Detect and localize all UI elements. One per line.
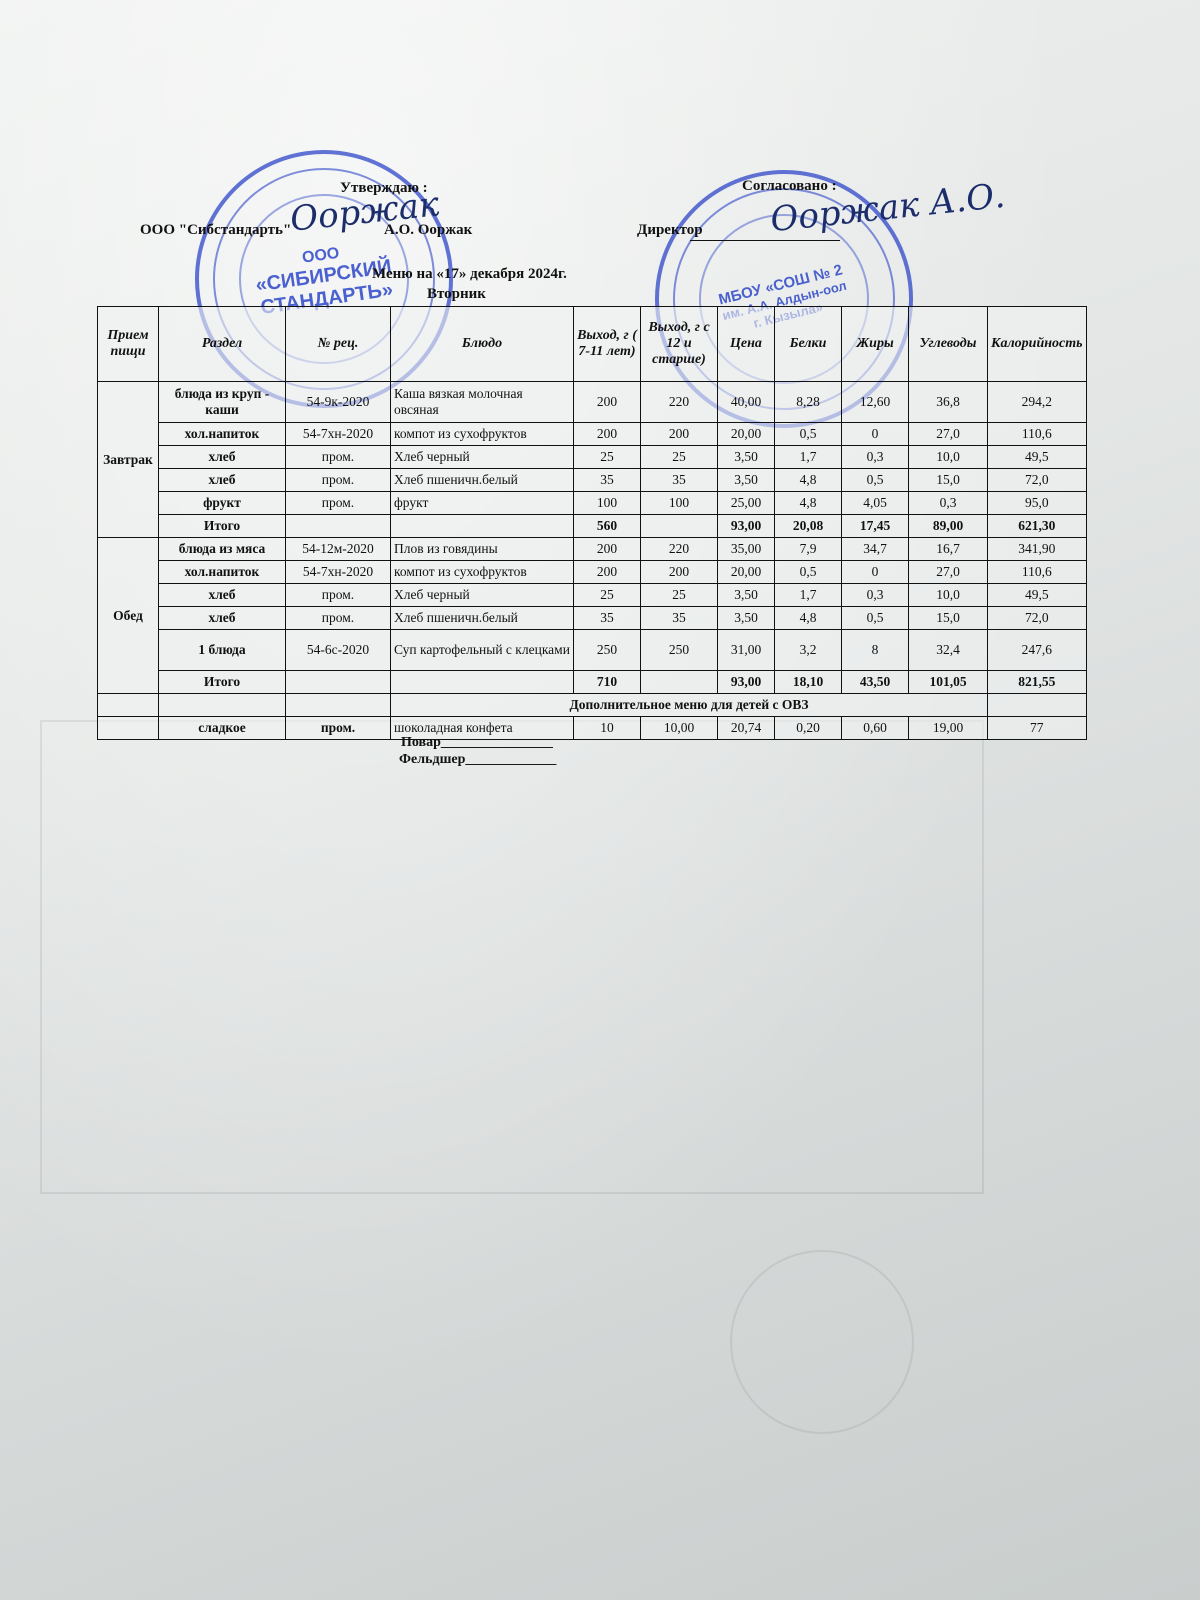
total-price-cell: 93,00 [718,671,775,694]
total-kcal-cell: 821,55 [988,671,1087,694]
out2-cell: 100 [641,492,718,515]
table-row: сладкоепром.шоколадная конфета1010,0020,… [98,717,1087,740]
carbs-cell: 15,0 [909,607,988,630]
out1-cell: 35 [574,469,641,492]
section-cell: хол.напиток [159,423,286,446]
empty-cell [391,671,574,694]
recipe-cell: 54-9к-2020 [286,382,391,423]
empty-cell [286,671,391,694]
out1-cell: 200 [574,561,641,584]
total-price-cell: 93,00 [718,515,775,538]
total-protein-cell: 18,10 [775,671,842,694]
table-row: Завтракблюда из круп - каши54-9к-2020Каш… [98,382,1087,423]
empty-cell [159,694,286,717]
out2-cell: 35 [641,607,718,630]
kcal-cell: 77 [988,717,1087,740]
fat-cell: 34,7 [842,538,909,561]
recipe-cell: пром. [286,446,391,469]
section-cell: блюда из мяса [159,538,286,561]
price-cell: 25,00 [718,492,775,515]
table-row: хол.напиток54-7хн-2020компот из сухофрук… [98,561,1087,584]
section-cell: хлеб [159,607,286,630]
cook-signature-line: Повар________________ [401,735,553,751]
out1-cell: 200 [574,538,641,561]
meal-name-cell: Завтрак [98,382,159,538]
section-cell: сладкое [159,717,286,740]
col-fat: Жиры [842,307,909,382]
recipe-cell: 54-12м-2020 [286,538,391,561]
medic-signature-line: Фельдшер_____________ [399,752,556,768]
out1-cell: 200 [574,382,641,423]
protein-cell: 1,7 [775,446,842,469]
total-out2-cell [641,515,718,538]
recipe-cell: пром. [286,717,391,740]
out1-cell: 100 [574,492,641,515]
recipe-cell: 54-7хн-2020 [286,423,391,446]
carbs-cell: 27,0 [909,423,988,446]
out2-cell: 10,00 [641,717,718,740]
protein-cell: 7,9 [775,538,842,561]
total-protein-cell: 20,08 [775,515,842,538]
dish-cell: Каша вязкая молочная овсяная [391,382,574,423]
total-label-cell: Итого [159,515,286,538]
section-cell: блюда из круп - каши [159,382,286,423]
bleed-through-circle [730,1250,914,1434]
stamp-line: ООО [301,245,340,268]
section-cell: фрукт [159,492,286,515]
total-row: Итого71093,0018,1043,50101,05821,55 [98,671,1087,694]
table-row: хлебпром.Хлеб черный25253,501,70,310,049… [98,584,1087,607]
dish-cell: Плов из говядины [391,538,574,561]
price-cell: 40,00 [718,382,775,423]
protein-cell: 0,5 [775,561,842,584]
protein-cell: 3,2 [775,630,842,671]
col-output-12plus: Выход, г с 12 и старше) [641,307,718,382]
total-fat-cell: 17,45 [842,515,909,538]
total-row: Итого56093,0020,0817,4589,00621,30 [98,515,1087,538]
total-label-cell: Итого [159,671,286,694]
protein-cell: 8,28 [775,382,842,423]
total-fat-cell: 43,50 [842,671,909,694]
total-carbs-cell: 89,00 [909,515,988,538]
col-section: Раздел [159,307,286,382]
kcal-cell: 294,2 [988,382,1087,423]
empty-cell [286,694,391,717]
dish-cell: фрукт [391,492,574,515]
protein-cell: 4,8 [775,492,842,515]
extra-menu-title-row: Дополнительное меню для детей с ОВЗ [98,694,1087,717]
out2-cell: 250 [641,630,718,671]
out2-cell: 220 [641,382,718,423]
table-row: хлебпром.Хлеб пшеничн.белый35353,504,80,… [98,607,1087,630]
protein-cell: 4,8 [775,469,842,492]
col-price: Цена [718,307,775,382]
kcal-cell: 110,6 [988,561,1087,584]
table-row: 1 блюда54-6с-2020Суп картофельный с клец… [98,630,1087,671]
out1-cell: 200 [574,423,641,446]
empty-cell [391,515,574,538]
out2-cell: 35 [641,469,718,492]
table-row: Обедблюда из мяса54-12м-2020Плов из говя… [98,538,1087,561]
recipe-cell: пром. [286,469,391,492]
price-cell: 3,50 [718,446,775,469]
kcal-cell: 72,0 [988,607,1087,630]
recipe-cell: пром. [286,607,391,630]
price-cell: 35,00 [718,538,775,561]
fat-cell: 0,60 [842,717,909,740]
carbs-cell: 10,0 [909,584,988,607]
carbs-cell: 36,8 [909,382,988,423]
section-cell: хол.напиток [159,561,286,584]
director-signature-line [690,240,840,241]
total-carbs-cell: 101,05 [909,671,988,694]
price-cell: 3,50 [718,584,775,607]
recipe-cell: пром. [286,584,391,607]
kcal-cell: 341,90 [988,538,1087,561]
out1-cell: 25 [574,584,641,607]
stamp-line: МБОУ «СОШ № 2 [717,261,844,308]
price-cell: 20,00 [718,423,775,446]
col-carbs: Углеводы [909,307,988,382]
table-row: фруктпром.фрукт10010025,004,84,050,395,0 [98,492,1087,515]
recipe-cell: 54-6с-2020 [286,630,391,671]
recipe-cell: пром. [286,492,391,515]
carbs-cell: 32,4 [909,630,988,671]
out2-cell: 220 [641,538,718,561]
dish-cell: Хлеб черный [391,584,574,607]
dish-cell: Хлеб черный [391,446,574,469]
bleed-through-table [40,720,984,1194]
total-out2-cell [641,671,718,694]
carbs-cell: 0,3 [909,492,988,515]
kcal-cell: 49,5 [988,584,1087,607]
price-cell: 20,00 [718,561,775,584]
price-cell: 31,00 [718,630,775,671]
section-cell: 1 блюда [159,630,286,671]
protein-cell: 1,7 [775,584,842,607]
company-name: ООО "Сибстандарть" [140,222,291,239]
fat-cell: 0,3 [842,446,909,469]
director-label: Директор [637,222,703,239]
carbs-cell: 19,00 [909,717,988,740]
fat-cell: 0,5 [842,469,909,492]
section-cell: хлеб [159,469,286,492]
out2-cell: 200 [641,561,718,584]
meal-name-cell: Обед [98,538,159,694]
total-out1-cell: 560 [574,515,641,538]
empty-cell [98,717,159,740]
carbs-cell: 15,0 [909,469,988,492]
out1-cell: 250 [574,630,641,671]
kcal-cell: 110,6 [988,423,1087,446]
carbs-cell: 10,0 [909,446,988,469]
dish-cell: компот из сухофруктов [391,423,574,446]
empty-cell [286,515,391,538]
kcal-cell: 247,6 [988,630,1087,671]
agree-label: Согласовано : [742,178,837,195]
price-cell: 20,74 [718,717,775,740]
col-output-7-11: Выход, г ( 7-11 лет) [574,307,641,382]
dish-cell: Суп картофельный с клецками [391,630,574,671]
dish-cell: Хлеб пшеничн.белый [391,469,574,492]
carbs-cell: 16,7 [909,538,988,561]
protein-cell: 4,8 [775,607,842,630]
fat-cell: 0,3 [842,584,909,607]
weekday: Вторник [427,286,486,303]
kcal-cell: 72,0 [988,469,1087,492]
fat-cell: 0 [842,423,909,446]
price-cell: 3,50 [718,469,775,492]
empty-cell [98,694,159,717]
protein-cell: 0,20 [775,717,842,740]
col-dish: Блюдо [391,307,574,382]
extra-menu-title: Дополнительное меню для детей с ОВЗ [391,694,988,717]
total-kcal-cell: 621,30 [988,515,1087,538]
out2-cell: 25 [641,446,718,469]
protein-cell: 0,5 [775,423,842,446]
out2-cell: 25 [641,584,718,607]
kcal-cell: 95,0 [988,492,1087,515]
carbs-cell: 27,0 [909,561,988,584]
col-recipe: № рец. [286,307,391,382]
dish-cell: компот из сухофруктов [391,561,574,584]
out1-cell: 35 [574,607,641,630]
out1-cell: 25 [574,446,641,469]
price-cell: 3,50 [718,607,775,630]
fat-cell: 0 [842,561,909,584]
fat-cell: 0,5 [842,607,909,630]
col-protein: Белки [775,307,842,382]
menu-table: Прием пищи Раздел № рец. Блюдо Выход, г … [97,306,1087,740]
col-kcal: Калорийность [988,307,1087,382]
fat-cell: 12,60 [842,382,909,423]
section-cell: хлеб [159,446,286,469]
recipe-cell: 54-7хн-2020 [286,561,391,584]
menu-title: Меню на «17» декабря 2024г. [372,266,567,283]
kcal-cell: 49,5 [988,446,1087,469]
table-row: хлебпром.Хлеб черный25253,501,70,310,049… [98,446,1087,469]
table-row: хол.напиток54-7хн-2020компот из сухофрук… [98,423,1087,446]
out2-cell: 200 [641,423,718,446]
dish-cell: Хлеб пшеничн.белый [391,607,574,630]
col-meal: Прием пищи [98,307,159,382]
empty-cell [988,694,1087,717]
table-header-row: Прием пищи Раздел № рец. Блюдо Выход, г … [98,307,1087,382]
menu-table-body: Завтракблюда из круп - каши54-9к-2020Каш… [98,382,1087,740]
fat-cell: 8 [842,630,909,671]
section-cell: хлеб [159,584,286,607]
table-row: хлебпром.Хлеб пшеничн.белый35353,504,80,… [98,469,1087,492]
total-out1-cell: 710 [574,671,641,694]
fat-cell: 4,05 [842,492,909,515]
out1-cell: 10 [574,717,641,740]
